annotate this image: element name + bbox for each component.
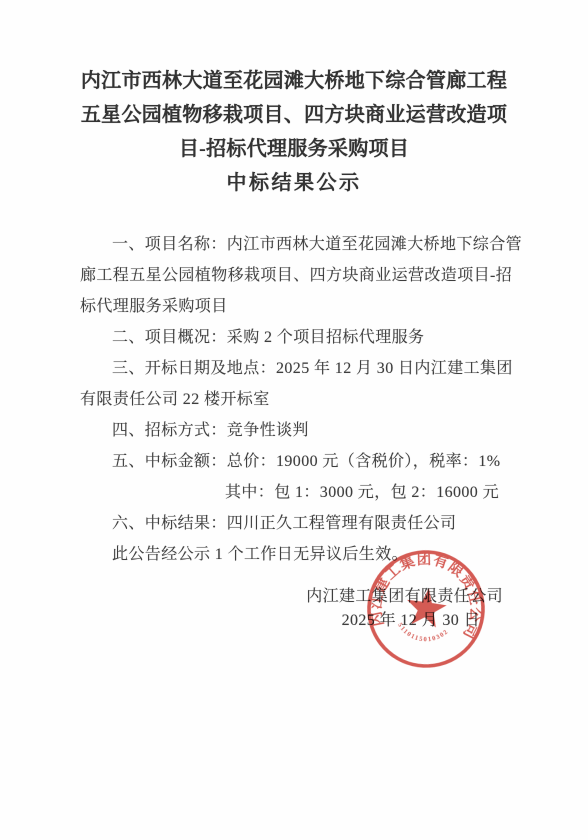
document-page: 内江市西林大道至花园滩大桥地下综合管廊工程 五星公园植物移栽项目、四方块商业运营… [0, 0, 588, 840]
title-line-1: 内江市西林大道至花园滩大桥地下综合管廊工程 [40, 64, 548, 98]
seal-code-text: 5110115010302 [394, 621, 451, 647]
body-line: 二、项目概况：采购 2 个项目招标代理服务 [80, 322, 516, 353]
body-line: 四、招标方式：竞争性谈判 [80, 415, 516, 446]
body-line: 五、中标金额：总价：19000 元（含税价），税率：1% [80, 446, 516, 477]
document-subtitle: 中标结果公示 [40, 166, 548, 200]
body-line: 廊工程五星公园植物移栽项目、四方块商业运营改造项目-招 [80, 260, 516, 291]
seal-star-icon [404, 585, 449, 628]
body-line: 一、项目名称：内江市西林大道至花园滩大桥地下综合管 [80, 229, 516, 260]
body-line: 有限责任公司 22 楼开标室 [80, 384, 516, 415]
body-line: 标代理服务采购项目 [80, 291, 516, 322]
document-title: 内江市西林大道至花园滩大桥地下综合管廊工程 五星公园植物移栽项目、四方块商业运营… [40, 64, 548, 200]
title-line-3: 目-招标代理服务采购项目 [40, 132, 548, 166]
company-seal-stamp: 内江建工集团有限责任公司 5110115010302 [357, 540, 495, 678]
body-line: 其中：包 1：3000 元，包 2：16000 元 [80, 477, 516, 508]
body-line: 三、开标日期及地点：2025 年 12 月 30 日内江建工集团 [80, 353, 516, 384]
document-body: 一、项目名称：内江市西林大道至花园滩大桥地下综合管廊工程五星公园植物移栽项目、四… [80, 229, 516, 570]
body-line: 六、中标结果：四川正久工程管理有限责任公司 [80, 508, 516, 539]
title-line-2: 五星公园植物移栽项目、四方块商业运营改造项 [40, 98, 548, 132]
